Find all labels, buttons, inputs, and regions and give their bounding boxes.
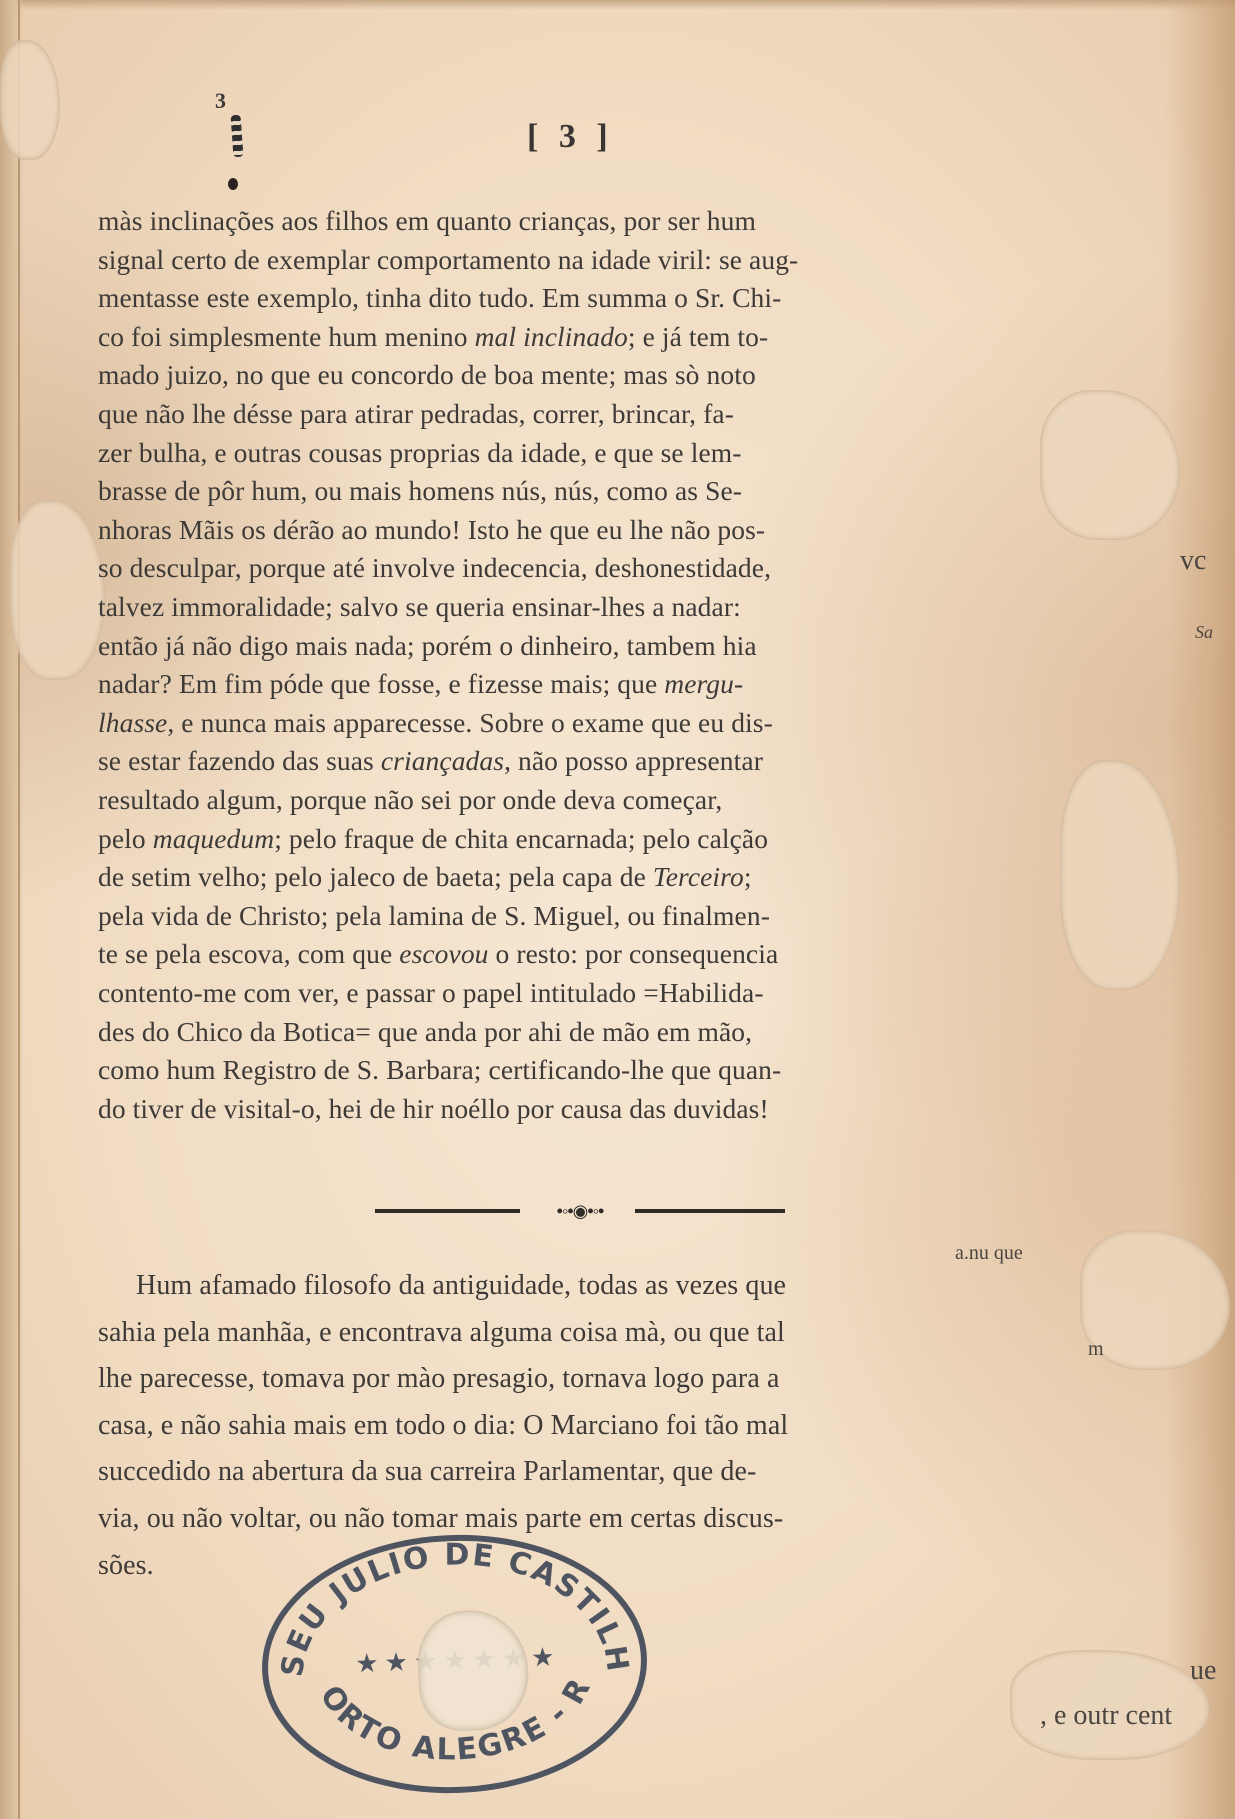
binding-fold-line [18, 0, 20, 1819]
page-number: [ 3 ] [527, 118, 614, 156]
margin-fragment: m [1088, 1338, 1104, 1361]
text-line: que não lhe désse para atirar pedradas, … [98, 398, 734, 430]
text-line: brasse de pôr hum, ou mais homens nús, n… [98, 475, 742, 507]
text-line: lhasse, e nunca mais apparecesse. Sobre … [98, 707, 773, 739]
italic-text: escovou [399, 938, 488, 969]
text-line: pelo maquedum; pelo fraque de chita enca… [98, 823, 768, 855]
margin-fragment: vc [1180, 545, 1206, 577]
separator-bar-right [635, 1209, 785, 1213]
text-line: talvez immoralidade; salvo se queria ens… [98, 591, 741, 623]
text-line: te se pela escova, com que escovou o res… [98, 938, 778, 970]
text-line: signal certo de exemplar comportamento n… [98, 244, 798, 276]
text-line: mentasse este exemplo, tinha dito tudo. … [98, 282, 781, 314]
pencil-page-mark: 3 [215, 88, 226, 114]
margin-fragment: Sa [1195, 622, 1213, 643]
italic-text: mergu- [664, 668, 743, 699]
separator-bar-left [375, 1209, 520, 1213]
text-line: resultado algum, porque não sei por onde… [98, 784, 722, 816]
italic-text: Terceiro [653, 861, 744, 892]
ornamental-separator: •◦•◉•◦• [375, 1200, 785, 1222]
text-line: co foi simplesmente hum menino mal incli… [98, 321, 768, 353]
document-page: 3 [ 3 ] màs inclinações aos filhos em qu… [0, 0, 1235, 1819]
text-line: sões. [98, 1550, 154, 1582]
text-line: então já não digo mais nada; porém o din… [98, 630, 757, 662]
italic-text: criançadas [381, 745, 504, 776]
pencil-stroke [231, 115, 244, 158]
museum-stamp: MUSEU JULIO DE CASTILHOS PORTO ALEGRE - … [258, 1528, 652, 1799]
separator-ornament: •◦•◉•◦• [515, 1200, 645, 1222]
text-line: mado juizo, no que eu concordo de boa me… [98, 359, 756, 391]
binding-gutter [0, 0, 24, 1819]
ink-spot [228, 178, 238, 190]
paper-damage-left-mid [10, 500, 105, 680]
text-line: do tiver de visital-o, hei de hir noéllo… [98, 1093, 769, 1125]
text-line: lhe parecesse, tomava por mào presagio, … [98, 1363, 780, 1395]
italic-text: lhasse [98, 707, 167, 738]
text-line: via, ou não voltar, ou não tomar mais pa… [98, 1503, 783, 1535]
text-line: so desculpar, porque até involve indecen… [98, 552, 771, 584]
text-line: se estar fazendo das suas criançadas, nã… [98, 745, 763, 777]
text-line: màs inclinações aos filhos em quanto cri… [98, 205, 756, 237]
page-top-edge [0, 0, 1235, 10]
margin-fragment: , e outr cent [1040, 1700, 1172, 1732]
paper-damage-left-top [0, 40, 60, 160]
text-line: como hum Registro de S. Barbara; certifi… [98, 1054, 781, 1086]
text-line: succedido na abertura da sua carreira Pa… [98, 1456, 756, 1488]
text-line: contento-me com ver, e passar o papel in… [98, 977, 764, 1009]
text-line: casa, e não sahia mais em todo o dia: O … [98, 1410, 788, 1442]
italic-text: mal inclinado [475, 321, 628, 352]
margin-fragment: a.nu que [955, 1242, 1023, 1265]
text-line: de setim velho; pelo jaleco de baeta; pe… [98, 861, 752, 893]
text-line: nadar? Em fim póde que fosse, e fizesse … [98, 668, 743, 700]
text-line: sahia pela manhãa, e encontrava alguma c… [98, 1317, 785, 1349]
text-line: nhoras Mãis os dérão ao mundo! Isto he q… [98, 514, 765, 546]
italic-text: maquedum [153, 823, 274, 854]
text-line: Hum afamado filosofo da antiguidade, tod… [136, 1270, 786, 1302]
paper-damage-right-2 [1060, 760, 1180, 990]
text-line: des do Chico da Botica= que anda por ahi… [98, 1016, 752, 1048]
margin-fragment: ue [1190, 1655, 1216, 1687]
text-line: zer bulha, e outras cousas proprias da i… [98, 437, 742, 469]
paper-damage-right-1 [1040, 390, 1180, 540]
text-line: pela vida de Christo; pela lamina de S. … [98, 900, 770, 932]
